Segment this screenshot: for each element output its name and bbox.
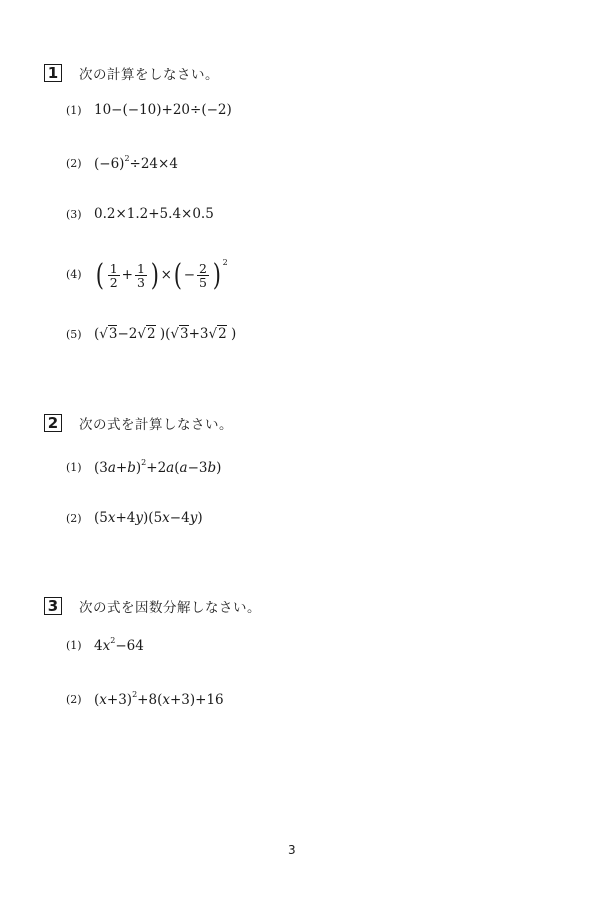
- problem-label: (3): [66, 208, 94, 221]
- problem-1-2: (2) (−6)2÷24×4: [66, 154, 178, 172]
- problem-expression: (12+13)×(−25)2: [94, 258, 228, 291]
- problem-label: (2): [66, 157, 94, 170]
- problem-1-5: (5) (√3−2√2 )(√3+3√2 ): [66, 326, 236, 342]
- problem-2-1: (1) (3a+b)2+2a(a−3b): [66, 458, 221, 476]
- section-number-box: 2: [44, 414, 62, 432]
- section-number-box: 1: [44, 64, 62, 82]
- problem-1-4: (4) (12+13)×(−25)2: [66, 258, 228, 291]
- problem-label: (1): [66, 104, 94, 117]
- section-1-header: 1 次の計算をしなさい。: [44, 63, 219, 83]
- problem-label: (2): [66, 512, 94, 525]
- section-instruction: 次の計算をしなさい。: [79, 63, 219, 83]
- problem-expression: (5x+4y)(5x−4y): [94, 510, 203, 526]
- problem-2-2: (2) (5x+4y)(5x−4y): [66, 510, 203, 526]
- problem-label: (5): [66, 328, 94, 341]
- problem-label: (4): [66, 268, 94, 281]
- problem-1-3: (3) 0.2×1.2+5.4×0.5: [66, 206, 214, 222]
- problem-expression: 4x2−64: [94, 636, 144, 654]
- problem-label: (1): [66, 639, 94, 652]
- problem-3-1: (1) 4x2−64: [66, 636, 144, 654]
- problem-expression: (3a+b)2+2a(a−3b): [94, 458, 221, 476]
- section-instruction: 次の式を計算しなさい。: [79, 413, 233, 433]
- problem-expression: (√3−2√2 )(√3+3√2 ): [94, 326, 236, 342]
- problem-3-2: (2) (x+3)2+8(x+3)+16: [66, 690, 224, 708]
- problem-label: (2): [66, 693, 94, 706]
- problem-expression: 0.2×1.2+5.4×0.5: [94, 206, 214, 222]
- problem-expression: (x+3)2+8(x+3)+16: [94, 690, 224, 708]
- problem-expression: 10−(−10)+20÷(−2): [94, 102, 232, 118]
- page-number: 3: [288, 843, 296, 857]
- problem-label: (1): [66, 461, 94, 474]
- section-instruction: 次の式を因数分解しなさい。: [79, 596, 261, 616]
- section-number-box: 3: [44, 597, 62, 615]
- problem-expression: (−6)2÷24×4: [94, 154, 178, 172]
- section-3-header: 3 次の式を因数分解しなさい。: [44, 596, 261, 616]
- problem-1-1: (1) 10−(−10)+20÷(−2): [66, 102, 232, 118]
- section-2-header: 2 次の式を計算しなさい。: [44, 413, 233, 433]
